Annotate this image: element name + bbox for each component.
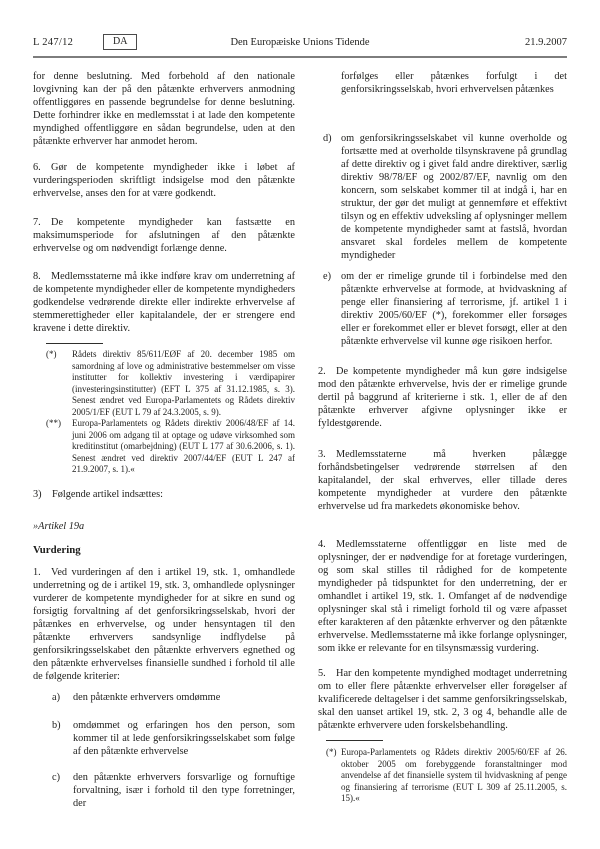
- list-item-marker: e): [323, 270, 331, 283]
- header-rule: [33, 56, 567, 58]
- list-item-marker: a): [52, 691, 60, 704]
- list-item-c: c) den påtænkte erhververs forsvarlige o…: [52, 771, 295, 810]
- footnote-marker: (**): [46, 418, 61, 430]
- list-item-marker: b): [52, 719, 61, 732]
- footnote: (*) Europa-Parlamentets og Rådets direkt…: [318, 747, 567, 805]
- footnotes-left: (*) Rådets direktiv 85/611/EØF af 20. de…: [33, 349, 295, 476]
- footnote-marker: (*): [326, 747, 337, 759]
- paragraph-2: 2. De kompetente myndigheder må kun gøre…: [318, 365, 567, 430]
- list-item-text: Følgende artikel indsættes:: [52, 489, 163, 500]
- paragraph-1: 1. Ved vurderingen af den i artikel 19, …: [33, 566, 295, 683]
- paragraph-6: 6. Gør de kompetente myndigheder ikke i …: [33, 161, 295, 200]
- footnote-separator: [326, 740, 383, 741]
- list-item-text: om der er rimelige grunde til i forbinde…: [341, 271, 567, 347]
- journal-page: L 247/12 DA Den Europæiske Unions Tidend…: [0, 0, 600, 849]
- footnote-text: Europa-Parlamentets og Rådets direktiv 2…: [72, 418, 295, 474]
- list-item-b: b) omdømmet og erfaringen hos den person…: [52, 719, 295, 758]
- left-column: for denne beslutning. Med forbehold af d…: [33, 70, 295, 810]
- issue-date: 21.9.2007: [525, 37, 567, 48]
- footnote-marker: (*): [46, 349, 57, 361]
- section-heading: Vurdering: [33, 544, 295, 557]
- list-item-marker: 3): [33, 488, 42, 501]
- right-column: forfølges eller påtænkes forfulgt i det …: [318, 70, 567, 805]
- list-item-text: omdømmet og erfaringen hos den person, s…: [73, 720, 295, 757]
- paragraph-8: 8. Medlemsstaterne må ikke indføre krav …: [33, 270, 295, 335]
- footnotes-right: (*) Europa-Parlamentets og Rådets direkt…: [318, 747, 567, 805]
- paragraph-continuation: for denne beslutning. Med forbehold af d…: [33, 70, 295, 148]
- list-item-marker: c): [52, 771, 60, 784]
- list-item-d: d) om genforsikringsselskabet vil kunne …: [318, 132, 567, 262]
- paragraph-3: 3. Medlemsstaterne må hverken pålægge fo…: [318, 448, 567, 513]
- list-item-text: den påtænkte erhververs omdømme: [73, 692, 220, 703]
- paragraph-5: 5. Har den kompetente myndighed modtaget…: [318, 667, 567, 732]
- list-item-3: 3) Følgende artikel indsættes:: [33, 488, 295, 501]
- list-item-e: e) om der er rimelige grunde til i forbi…: [318, 270, 567, 348]
- footnote: (*) Rådets direktiv 85/611/EØF af 20. de…: [33, 349, 295, 418]
- journal-title: Den Europæiske Unions Tidende: [0, 37, 600, 48]
- footnote-text: Rådets direktiv 85/611/EØF af 20. decemb…: [72, 349, 295, 417]
- footnote: (**) Europa-Parlamentets og Rådets direk…: [33, 418, 295, 476]
- footnote-separator: [46, 343, 103, 344]
- paragraph-7: 7. De kompetente myndigheder kan fastsæt…: [33, 216, 295, 255]
- footnote-text: Europa-Parlamentets og Rådets direktiv 2…: [341, 747, 567, 803]
- paragraph-continuation: forfølges eller påtænkes forfulgt i det …: [318, 70, 567, 96]
- article-heading: »Artikel 19a: [33, 520, 295, 533]
- list-item-marker: d): [323, 132, 332, 145]
- list-item-a: a) den påtænkte erhververs omdømme: [52, 691, 295, 704]
- list-item-text: den påtænkte erhververs forsvarlige og f…: [73, 772, 295, 809]
- list-item-text: om genforsikringsselskabet vil kunne ove…: [341, 133, 567, 261]
- paragraph-4: 4. Medlemsstaterne offentliggør en liste…: [318, 538, 567, 655]
